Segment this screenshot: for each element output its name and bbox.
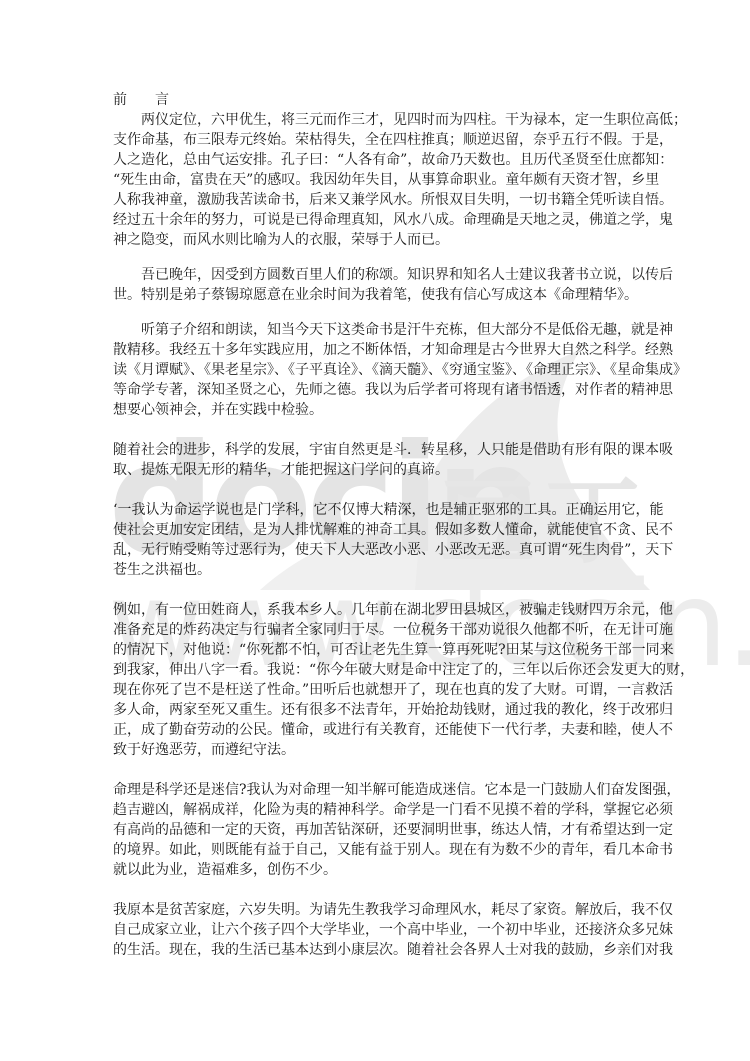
text-line: 多人命，两家至死又重生。还有很多不法青年，开始抢劫钱财，通过我的教化，终于改邪归 [113,700,643,720]
text-line: 神之隐变，而风水则比喻为人的衣服，荣辱于人而已。 [113,230,643,250]
text-line: 支作命基，布三限寿元终始。荣枯得失，全在四柱推真；顺逆迟留，奈乎五行不假。于是， [113,130,643,150]
paragraph-8: 我原本是贫苦家庭，六岁失明。为请先生教我学习命理风水，耗尽了家资。解放后，我不仅… [113,900,643,960]
text-line: 等命学专著，深知圣贤之心，先师之德。我以为后学者可将现有诸书悟透，对作者的精神思 [113,380,643,400]
text-line: 苍生之洪福也。 [113,560,643,580]
paragraph-2: 吾已晚年，因受到方圆数百里人们的称颂。知识界和知名人士建议我著书立说，以传后 世… [113,265,643,305]
text-line: 读《月谭赋》、《果老星宗》、《子平真诠》、《滴天髓》、《穷通宝鉴》、《命理正宗》… [113,360,643,380]
text-line: 的境界。如此，则既能有益于自己，又能有益于别人。现在有为数不少的青年，看几本命书 [113,840,643,860]
text-line: 人之造化，总由气运安排。孔子曰：“人各有命”，故命乃天数也。且历代圣贤至仕庶都知… [113,150,643,170]
text-line: 人称我神童，激励我苦读命书，后来又兼学风水。所恨双目失明，一切书籍全凭听读自悟。 [113,190,643,210]
text-line: 现在你死了岂不是枉送了性命。”田听后也就想开了，现在也真的发了大财。可谓，一言救… [113,680,643,700]
text-line: 随着社会的进步，科学的发展，宇宙自然更是斗．转星移，人只能是借助有形有限的课本吸 [113,440,643,460]
text-line: 使社会更加安定团结，是为人排忧解难的神奇工具。假如多数人懂命，就能使官不贪、民不 [113,520,643,540]
text-line: 世。特别是弟子蔡锡琼愿意在业余时间为我着笔，使我有信心写成这本《命理精华》。 [113,285,643,305]
paragraph-5: ‘一我认为命运学说也是门学科，它不仅博大精深，也是辅正驱邪的工具。正确运用它，能… [113,500,643,580]
paragraph-4: 随着社会的进步，科学的发展，宇宙自然更是斗．转星移，人只能是借助有形有限的课本吸… [113,440,643,480]
text-line: 的情况下，对他说：“你死都不怕，可否让老先生算一算再死呢?田某与这位税务干部一同… [113,640,643,660]
text-line: 命理是科学还是迷信?我认为对命理一知半解可能造成迷信。它本是一门鼓励人们奋发图强… [113,780,643,800]
text-line: 乱，无行贿受贿等过恶行为，使天下人大恶改小恶、小恶改无恶。真可谓“死生肉骨”，天… [113,540,643,560]
text-line: 散精移。我经五十多年实践应用，加之不断体悟，才知命理是古今世界大自然之科学。经熟 [113,340,643,360]
paragraph-6: 例如，有一位田姓商人，系我本乡人。几年前在湖北罗田县城区，被骗走钱财四万余元，他… [113,600,643,760]
text-line: 准备充足的炸药决定与行骗者全家同归于尽。一位税务干部劝说很久他都不听，在无计可施 [113,620,643,640]
document-page: docin 豆丁 www.docin.com 前 言 两仪定位，六甲优生，将三元… [0,0,750,1061]
text-line: 的生活。现在，我的生活已基本达到小康层次。随着社会各界人士对我的鼓励，乡亲们对我 [113,940,643,960]
text-line: 听第子介绍和朗读，知当今天下这类命书是汗牛充栋，但大部分不是低俗无趣，就是神 [113,320,643,340]
text-line: 想要心领神会，并在实践中检验。 [113,400,643,420]
text-line: 我原本是贫苦家庭，六岁失明。为请先生教我学习命理风水，耗尽了家资。解放后，我不仅 [113,900,643,920]
paragraph-7: 命理是科学还是迷信?我认为对命理一知半解可能造成迷信。它本是一门鼓励人们奋发图强… [113,780,643,880]
text-line: 就以此为业，造福难多，创伤不少。 [113,860,643,880]
page-title: 前 言 [113,90,643,110]
text-line: 趋吉避凶，解祸成祥，化险为夷的精神科学。命学是一门看不见摸不着的学科，掌握它必须 [113,800,643,820]
text-line: “死生由命，富贵在天”的感叹。我因幼年失目，从事算命职业。童年颇有天资才智，乡里 [113,170,643,190]
text-line: 有高尚的品德和一定的天资，再加苦钻深研，还要洞明世事，练达人情，才有希望达到一定 [113,820,643,840]
text-line: 正，成了勤奋劳动的公民。懂命，或进行有关教育，还能使下一代行孝，夫妻和睦，使人不 [113,720,643,740]
paragraph-1: 两仪定位，六甲优生，将三元而作三才，见四时而为四柱。干为禄本，定一生职位高低； … [113,110,643,250]
text-line: 自己成家立业，让六个孩子四个大学毕业，一个高中毕业，一个初中毕业，还接济众多兄妹 [113,920,643,940]
text-line: 致于好逸恶劳，而遵纪守法。 [113,740,643,760]
text-line: 经过五十余年的努力，可说是已得命理真知，风水八成。命理确是天地之灵，佛道之学，鬼 [113,210,643,230]
text-line: 例如，有一位田姓商人，系我本乡人。几年前在湖北罗田县城区，被骗走钱财四万余元，他 [113,600,643,620]
text-line: 两仪定位，六甲优生，将三元而作三才，见四时而为四柱。干为禄本，定一生职位高低； [113,110,643,130]
text-line: 取、提炼无限无形的精华，才能把握这门学问的真谛。 [113,460,643,480]
text-line: 吾已晚年，因受到方圆数百里人们的称颂。知识界和知名人士建议我著书立说，以传后 [113,265,643,285]
text-line: 到我家，伸出八字一看。我说：“你今年破大财是命中注定了的，三年以后你还会发更大的… [113,660,643,680]
paragraph-3: 听第子介绍和朗读，知当今天下这类命书是汗牛充栋，但大部分不是低俗无趣，就是神 散… [113,320,643,420]
document-body: 前 言 两仪定位，六甲优生，将三元而作三才，见四时而为四柱。干为禄本，定一生职位… [113,90,643,960]
text-line: ‘一我认为命运学说也是门学科，它不仅博大精深，也是辅正驱邪的工具。正确运用它，能 [113,500,643,520]
